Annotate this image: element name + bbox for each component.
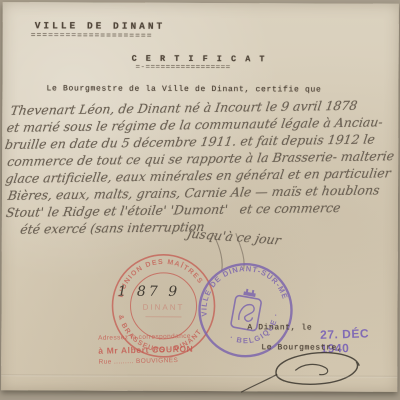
signature — [237, 347, 369, 394]
address-stamp-line2: à Mr Albert COURON — [98, 344, 193, 356]
handwritten-line: été exercé (sans interruption — [19, 219, 205, 237]
red-stamp-center-text: DINANT — [143, 303, 185, 312]
handwritten-body: Thevenart Léon, de Dinant né à Incourt l… — [4, 94, 400, 100]
city-header-underline: ===================== — [31, 31, 153, 41]
seal-crown-icon — [243, 288, 256, 297]
handwritten-line: Stout' le Ridge et l'étoile' 'Dumont' et… — [5, 200, 342, 220]
certificat-underline: =-================= — [136, 64, 231, 72]
handwritten-year-annotation: 1 87 9 — [118, 284, 181, 300]
address-stamp-line3: Rue ......... BOUVIGNES — [99, 357, 194, 366]
place-date-line: A Dinant, le — [247, 323, 312, 332]
photo-background: VILLE DE DINANT ===================== C … — [0, 0, 400, 400]
address-stamp-line1: Adressez la correspondance — [98, 333, 193, 342]
paper-crease — [1, 374, 397, 378]
certificat-title: C E R T I F I C A T — [132, 54, 267, 65]
certificate-paper: VILLE DE DINANT ===================== C … — [1, 2, 399, 392]
address-stamp: Adressez la correspondance à Mr Albert C… — [98, 333, 194, 366]
city-header: VILLE DE DINANT — [35, 20, 166, 32]
intro-line: Le Bourgmestre de la Ville de Dinant, ce… — [46, 84, 321, 94]
